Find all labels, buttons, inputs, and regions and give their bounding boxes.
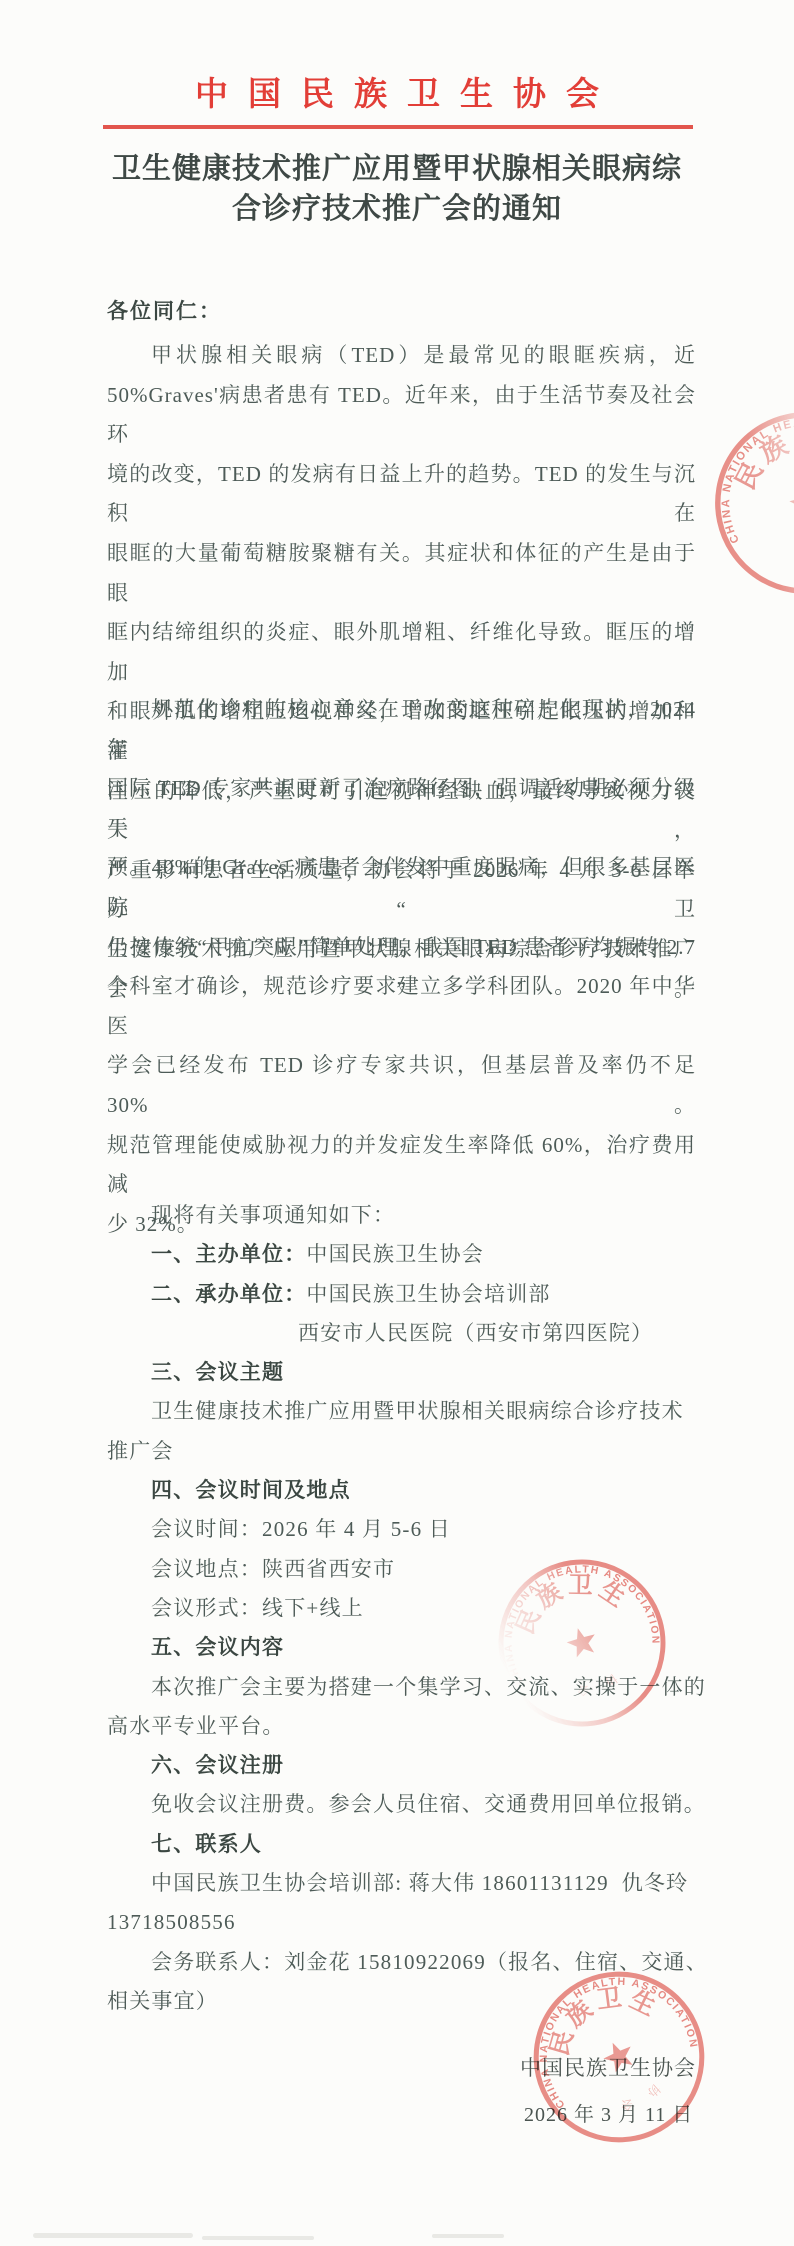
section-label: 四、会议时间及地点 bbox=[151, 1479, 351, 1502]
document-title-line2: 合诊疗技术推广会的通知 bbox=[60, 189, 734, 229]
letterhead-org-name: 中国民族卫生协会 bbox=[0, 68, 794, 115]
body-line: 国际 TED 专家共识更新了治疗路径图，强调活动期必须分级干 bbox=[107, 769, 696, 848]
body-line: 预。40%的 Graves 病患者会伴发中重度眼病，但很多基层医院 bbox=[107, 848, 696, 927]
body-line: 50%Graves'病患者患有 TED。近年来，由于生活节奏及社会环 bbox=[107, 376, 696, 455]
seal-chinese-bottom-text: 协 会 bbox=[610, 2080, 666, 2119]
body-line: 眼眶的大量葡萄糖胺聚糖有关。其症状和体征的产生是由于眼 bbox=[107, 534, 696, 613]
section-label: 七、联系人 bbox=[151, 1833, 262, 1856]
section-label: 五、会议内容 bbox=[151, 1636, 284, 1659]
document-title: 卫生健康技术推广应用暨甲状腺相关眼病综 合诊疗技术推广会的通知 bbox=[60, 149, 734, 229]
body-line: 规范管理能使威胁视力的并发症发生率降低 60%，治疗费用减 bbox=[107, 1126, 696, 1205]
organizer-line2: 西安市人民医院（西安市第四医院） bbox=[107, 1314, 697, 1353]
section-topic-heading: 三、会议主题 bbox=[107, 1353, 697, 1392]
seal-star-icon bbox=[564, 1624, 600, 1659]
notice-intro: 现将有关事项通知如下： bbox=[107, 1196, 697, 1235]
section-label: 六、会议注册 bbox=[151, 1754, 284, 1777]
scanned-notice-document: 中国民族卫生协会 卫生健康技术推广应用暨甲状腺相关眼病综 合诊疗技术推广会的通知… bbox=[0, 0, 794, 2246]
body-line: 眶内结缔组织的炎症、眼外肌增粗、纤维化导致。眶压的增加 bbox=[107, 613, 696, 692]
svg-text:协 会: 协 会 bbox=[787, 535, 794, 566]
letterhead-divider bbox=[103, 125, 693, 129]
contact-phone2: 13718508556 bbox=[107, 1903, 697, 1942]
body-line: 规范化诊疗的核心意义在于改变这种碎片化现状，2024 年 bbox=[107, 690, 696, 769]
seal-star-icon bbox=[599, 2037, 638, 2075]
section-host-org: 一、主办单位：中国民族卫生协会 bbox=[107, 1235, 697, 1274]
section-contacts-heading: 七、联系人 bbox=[107, 1825, 697, 1864]
document-title-line1: 卫生健康技术推广应用暨甲状腺相关眼病综 bbox=[60, 149, 734, 189]
contact-line1: 中国民族卫生协会培训部: 蒋大伟 18601131129 仇冬玲 bbox=[107, 1864, 697, 1903]
paragraph-2: 规范化诊疗的核心意义在于改变这种碎片化现状，2024 年 国际 TED 专家共识… bbox=[107, 690, 696, 1244]
topic-line1: 卫生健康技术推广应用暨甲状腺相关眼病综合诊疗技术 bbox=[107, 1392, 697, 1431]
section-registration-heading: 六、会议注册 bbox=[107, 1746, 697, 1785]
registration-line: 免收会议注册费。参会人员住宿、交通费用回单位报销。 bbox=[107, 1785, 697, 1824]
scan-smudge bbox=[33, 2233, 193, 2238]
section-label: 三、会议主题 bbox=[151, 1361, 284, 1384]
body-line: 学会已经发布 TED 诊疗专家共识，但基层普及率仍不足 30%。 bbox=[107, 1046, 696, 1125]
section-label: 二、承办单位： bbox=[151, 1283, 306, 1306]
seal-star-icon bbox=[787, 483, 794, 519]
section-label: 一、主办单位： bbox=[151, 1243, 306, 1266]
official-seal-stamp-top-right: CHINA NATIONAL HEALTH ASSOCIATION 民族卫生 协… bbox=[690, 387, 794, 619]
body-line: 个科室才确诊，规范诊疗要求建立多学科团队。2020 年中华医 bbox=[107, 967, 696, 1046]
topic-line2: 推广会 bbox=[107, 1432, 697, 1471]
body-line: 甲状腺相关眼病（TED）是最常见的眼眶疾病，近 bbox=[107, 336, 696, 376]
seal-chinese-bottom-text: 协 会 bbox=[787, 535, 794, 566]
scan-smudge bbox=[432, 2234, 504, 2238]
seal-chinese-bottom-text: 协 会 bbox=[567, 1670, 621, 1702]
body-line: 境的改变，TED 的发病有日益上升的趋势。TED 的发生与沉积在 bbox=[107, 455, 696, 534]
body-line: 仍按传统“甲亢突眼”简单处理。我国 TED 患者平均辗转 2.7 bbox=[107, 928, 696, 968]
salutation: 各位同仁： bbox=[107, 295, 222, 325]
scan-smudge bbox=[202, 2236, 314, 2240]
svg-text:协 会: 协 会 bbox=[567, 1670, 621, 1702]
section-organizer: 二、承办单位：中国民族卫生协会培训部 bbox=[107, 1275, 697, 1314]
section-time-place-heading: 四、会议时间及地点 bbox=[107, 1471, 697, 1510]
official-seal: CHINA NATIONAL HEALTH ASSOCIATION 民族卫生 协… bbox=[690, 387, 794, 619]
svg-text:协 会: 协 会 bbox=[610, 2080, 666, 2119]
